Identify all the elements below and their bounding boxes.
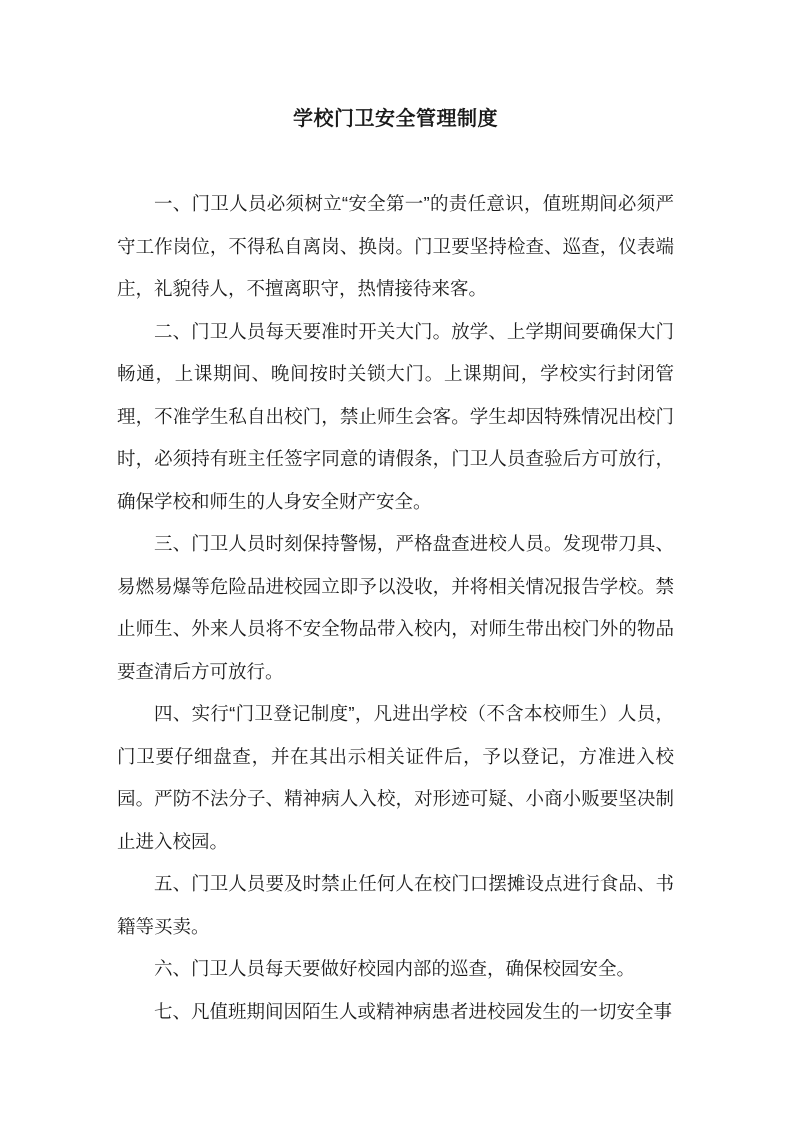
document-body: 一、门卫人员必须树立“安全第一”的责任意识，值班期间必须严守工作岗位，不得私自离… (117, 183, 674, 1033)
paragraph: 三、门卫人员时刻保持警惕，严格盘查进校人员。发现带刀具、易燃易爆等危险品进校园立… (117, 523, 674, 693)
paragraph: 五、门卫人员要及时禁止任何人在校门口摆摊设点进行食品、书籍等买卖。 (117, 863, 674, 948)
document-title: 学校门卫安全管理制度 (117, 98, 674, 141)
paragraph: 二、门卫人员每天要准时开关大门。放学、上学期间要确保大门畅通，上课期间、晚间按时… (117, 311, 674, 524)
paragraph: 一、门卫人员必须树立“安全第一”的责任意识，值班期间必须严守工作岗位，不得私自离… (117, 183, 674, 311)
paragraph: 七、凡值班期间因陌生人或精神病患者进校园发生的一切安全事 (117, 991, 674, 1034)
document-page: 学校门卫安全管理制度 一、门卫人员必须树立“安全第一”的责任意识，值班期间必须严… (0, 0, 793, 1122)
paragraph: 六、门卫人员每天要做好校园内部的巡查，确保校园安全。 (117, 948, 674, 991)
paragraph: 四、实行“门卫登记制度”，凡进出学校（不含本校师生）人员，门卫要仔细盘查，并在其… (117, 693, 674, 863)
